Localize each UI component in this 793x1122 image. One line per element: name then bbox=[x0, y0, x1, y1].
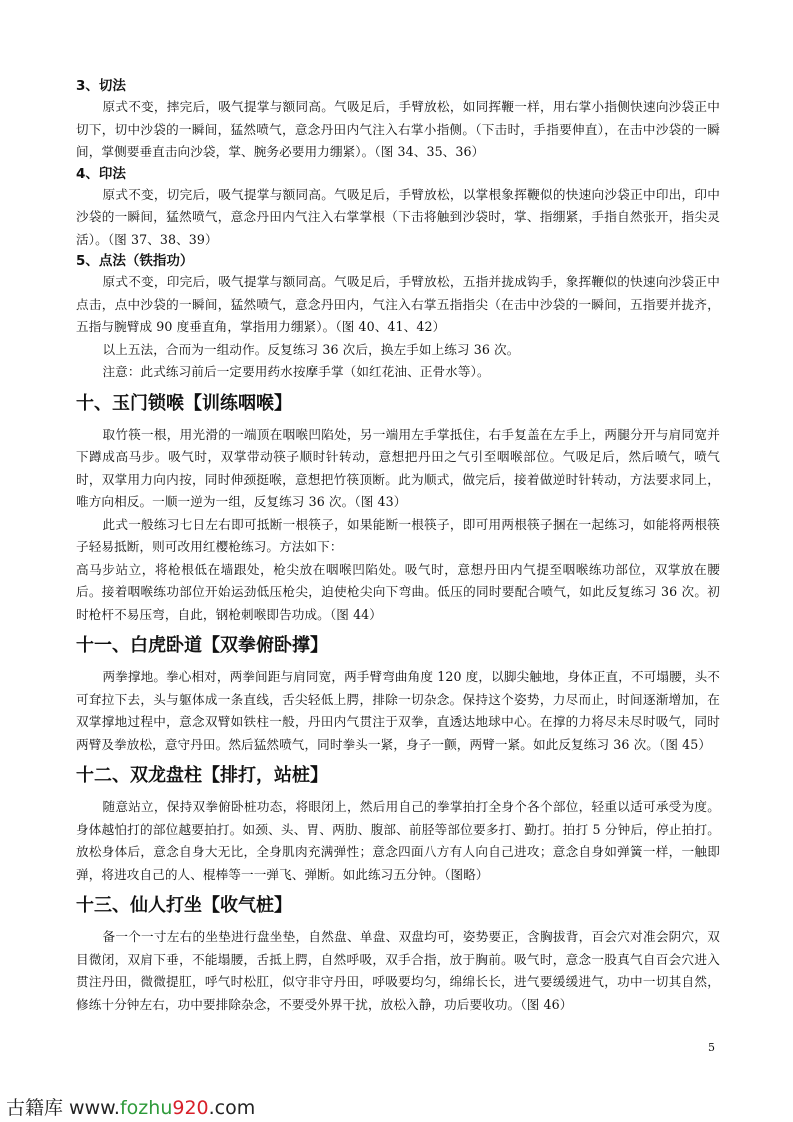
watermark-url-red: 920 bbox=[172, 1097, 208, 1119]
paragraph: 备一个一寸左右的坐垫进行盘坐垫，自然盘、单盘、双盘均可，姿势要正，含胸拔背，百会… bbox=[76, 926, 720, 1016]
note-paragraph: 注意：此式练习前后一定要用药水按摩手掌（如红花油、正骨水等）。 bbox=[76, 361, 720, 384]
paragraph: 两拳撑地。拳心相对，两拳间距与肩同宽，两手臂弯曲角度 120 度，以脚尖触地，身… bbox=[76, 666, 720, 756]
paragraph: 此式一般练习七日左右即可抵断一根筷子，如果能断一根筷子，即可用两根筷子捆在一起练… bbox=[76, 514, 720, 559]
page-number: 5 bbox=[708, 1041, 715, 1054]
watermark-url-suffix: .com bbox=[209, 1097, 256, 1119]
paragraph: 以上五法，合而为一组动作。反复练习 36 次后，换左手如上练习 36 次。 bbox=[76, 339, 720, 362]
watermark: 古籍库 www.fozhu920.com bbox=[6, 1093, 255, 1120]
watermark-site-name: 古籍库 bbox=[6, 1097, 63, 1119]
paragraph: 取竹筷一根，用光滑的一端顶在咽喉凹陷处，另一端用左手掌抵住，右手复盖在左手上，两… bbox=[76, 424, 720, 514]
paragraph: 原式不变，印完后，吸气提掌与额同高。气吸足后，手臂放松，五指并拢成钩手，象挥鞭似… bbox=[76, 271, 720, 339]
paragraph: 随意站立，保持双拳俯卧桩功态，将眼闭上，然后用自己的拳掌拍打全身个各个部位，轻重… bbox=[76, 796, 720, 886]
section-heading-12: 十二、双龙盘柱【排打，站桩】 bbox=[76, 764, 720, 788]
subsection-heading-yinfa: 4、印法 bbox=[76, 164, 720, 184]
watermark-url-prefix: www. bbox=[63, 1097, 120, 1119]
paragraph: 原式不变，摔完后，吸气提掌与额同高。气吸足后，手臂放松，如同挥鞭一样，用右掌小指… bbox=[76, 96, 720, 164]
subsection-heading-qiefa: 3、切法 bbox=[76, 76, 720, 96]
paragraph: 高马步站立，将枪根低在墙跟处，枪尖放在咽喉凹陷处。吸气时，意想丹田内气提至咽喉练… bbox=[76, 559, 720, 627]
section-heading-11: 十一、白虎卧道【双拳俯卧撑】 bbox=[76, 634, 720, 658]
document-page: 3、切法 原式不变，摔完后，吸气提掌与额同高。气吸足后，手臂放松，如同挥鞭一样，… bbox=[76, 76, 720, 1016]
section-heading-13: 十三、仙人打坐【收气桩】 bbox=[76, 894, 720, 918]
section-heading-10: 十、玉门锁喉【训练咽喉】 bbox=[76, 392, 720, 416]
subsection-heading-dianfa: 5、点法（铁指功） bbox=[76, 251, 720, 271]
paragraph: 原式不变，切完后，吸气提掌与额同高。气吸足后，手臂放松，以掌根象挥鞭似的快速向沙… bbox=[76, 184, 720, 252]
watermark-url-green: fozhu bbox=[120, 1097, 172, 1119]
